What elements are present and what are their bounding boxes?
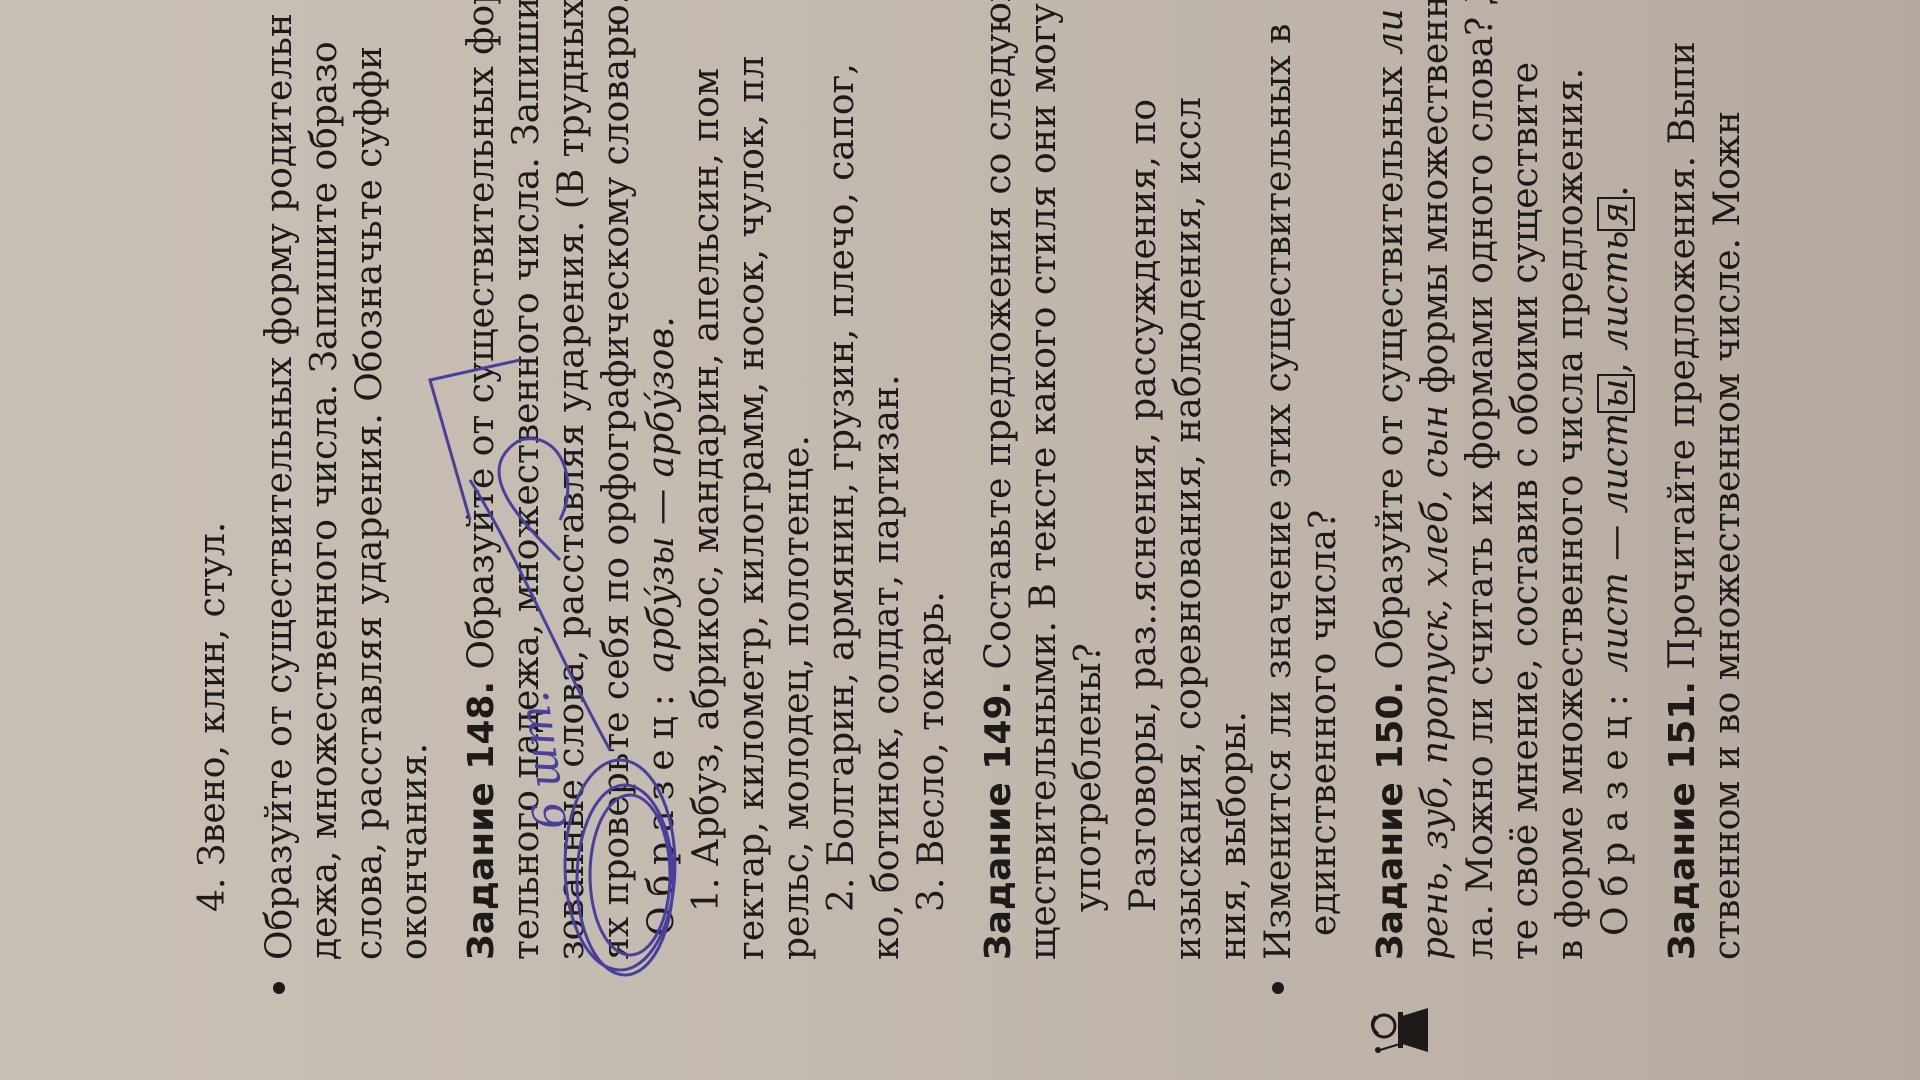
text-line: Изменится ли значение этих существительн… <box>1256 0 1301 960</box>
italic-word-list: рень, зуб, пропуск, хлеб, сын <box>1415 405 1456 960</box>
text-line: Образуйте от существительных форм <box>461 0 502 669</box>
textbook-page: 4. Звено, клин, стул. Образуйте от сущес… <box>0 0 1920 1080</box>
word-list-line: рельс, молодец, полотенце. <box>774 0 819 960</box>
sample-line: Образец: лист — листы, листья. <box>1593 0 1638 960</box>
exercise-149-label: Задание 149. <box>978 681 1019 960</box>
text-line: ях проверьте себя по орфографическому сл… <box>594 0 639 960</box>
sample-word-stem: листь <box>1595 231 1636 351</box>
sample-word-stem: лист <box>1595 413 1636 513</box>
text-line: единственного числа? <box>1301 0 1346 960</box>
text-line: Прочитайте предложения. Выпи <box>1662 41 1703 669</box>
text-line: ществительными. В тексте какого стиля он… <box>1021 0 1066 960</box>
text-line: в форме множественного числа предложения… <box>1548 0 1593 960</box>
sample-label: Образец: <box>1595 684 1636 936</box>
text-line: ственном и во множественном числе. Можн <box>1705 0 1750 960</box>
text-line: те своё мнение, составив с обоими сущест… <box>1503 0 1548 960</box>
period: . <box>1595 185 1636 196</box>
exercise-148-label: Задание 148. <box>461 681 502 960</box>
text-line: Составьте предложения со следующи <box>978 0 1019 669</box>
exercise-151-label: Задание 151. <box>1662 681 1703 960</box>
word-list-line: ния, выборы. <box>1211 0 1256 960</box>
ending-box: я <box>1597 197 1635 231</box>
sample-word: арбу́зов. <box>641 316 682 477</box>
text-line: дежа, множественного числа. Запишите обр… <box>302 0 347 960</box>
page-content: 4. Звено, клин, стул. Образуйте от сущес… <box>190 0 1750 960</box>
exercise-146-item-4: 4. Звено, клин, стул. <box>190 0 235 960</box>
word-list-line: изыскания, соревнования, наблюдения, исс… <box>1166 0 1211 960</box>
text-line: Образуйте от существительных <box>1370 55 1411 670</box>
word-list-line: ко, ботинок, солдат, партизан. <box>864 0 909 960</box>
dash: — <box>641 477 682 536</box>
text-line: употреблены? <box>1066 0 1111 960</box>
text-line: Образуйте от существительных форму родит… <box>257 0 302 960</box>
word-list-line: 2. Болгарин, армянин, грузин, плечо, сап… <box>819 0 864 960</box>
exercise-149: Задание 149. Составьте предложения со сл… <box>976 0 1346 960</box>
sample-label: Образец: <box>641 684 682 936</box>
exercise-150-label: Задание 150. <box>1370 681 1411 960</box>
sample-line: Образец: арбу́зы — арбу́зов. <box>639 0 684 960</box>
bullet-icon <box>273 982 285 994</box>
text-line: слова, расставляя ударения. Обозначьте с… <box>347 0 392 960</box>
exercise-150: Задание 150. Образуйте от существительны… <box>1368 0 1638 960</box>
word-list-line: гектар, километр, килограмм, носок, чуло… <box>729 0 774 960</box>
comma: , <box>1595 351 1636 374</box>
exercise-147-bullet-block: Образуйте от существительных форму родит… <box>257 0 437 960</box>
dash: — <box>1595 513 1636 572</box>
text-line: ла. Можно ли считать их формами одного с… <box>1458 0 1503 960</box>
sample-word: арбу́зы <box>641 536 682 672</box>
ending-box: ы <box>1597 374 1635 413</box>
word-list-line: Разговоры, раз..яснения, рассуждения, по <box>1121 0 1166 960</box>
word-list-line: 1. Арбуз, абрикос, мандарин, апельсин, п… <box>684 0 729 960</box>
exercise-151: Задание 151. Прочитайте предложения. Вып… <box>1660 0 1750 960</box>
sample-word: лист <box>1595 572 1636 672</box>
text-line: окончания. <box>392 0 437 960</box>
bullet-icon <box>1272 982 1284 994</box>
text-line: формы множественн <box>1415 0 1456 405</box>
word-list-line: 3. Весло, токарь. <box>909 0 954 960</box>
italic-word: ли <box>1370 9 1411 55</box>
speaker-at-podium-icon <box>1362 1000 1432 1060</box>
